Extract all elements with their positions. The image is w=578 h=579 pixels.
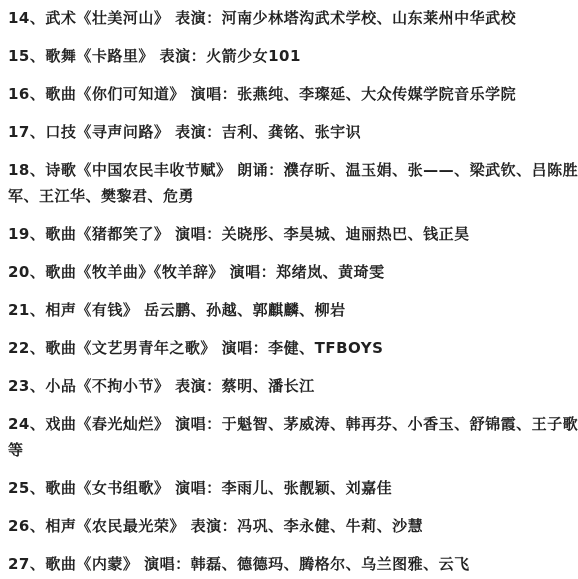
program-item: 16、歌曲《你们可知道》 演唱：张燕纯、李璨延、大众传媒学院音乐学院 — [8, 81, 574, 107]
program-item: 20、歌曲《牧羊曲》《牧羊辞》 演唱：郑绪岚、黄琦雯 — [8, 259, 574, 285]
program-item: 18、诗歌《中国农民丰收节赋》 朗诵：濮存昕、温玉娟、张——、梁武钦、吕陈胜、况… — [8, 157, 574, 209]
program-line: 22、歌曲《文艺男青年之歌》 演唱：李健、TFBOYS — [8, 335, 574, 361]
program-line: 17、口技《寻声问路》 表演：吉利、龚铭、张宇识 — [8, 119, 574, 145]
program-line: 24、戏曲《春光灿烂》 演唱：于魁智、茅威涛、韩再芬、小香玉、舒锦霞、王子歌、孙… — [8, 411, 574, 437]
program-line: 27、歌曲《内蒙》 演唱：韩磊、德德玛、腾格尔、乌兰图雅、云飞 — [8, 551, 574, 577]
program-item: 15、歌舞《卡路里》 表演：火箭少女101 — [8, 43, 574, 69]
program-line: 21、相声《有钱》 岳云鹏、孙越、郭麒麟、柳岩 — [8, 297, 574, 323]
program-line: 军、王江华、樊黎君、危勇 — [8, 183, 574, 209]
program-line: 18、诗歌《中国农民丰收节赋》 朗诵：濮存昕、温玉娟、张——、梁武钦、吕陈胜、况… — [8, 157, 574, 183]
program-line: 15、歌舞《卡路里》 表演：火箭少女101 — [8, 43, 574, 69]
program-line: 等 — [8, 437, 574, 463]
program-list: 14、武术《壮美河山》 表演：河南少林塔沟武术学校、山东莱州中华武校15、歌舞《… — [0, 0, 578, 577]
program-item: 24、戏曲《春光灿烂》 演唱：于魁智、茅威涛、韩再芬、小香玉、舒锦霞、王子歌、孙… — [8, 411, 574, 463]
program-item: 27、歌曲《内蒙》 演唱：韩磊、德德玛、腾格尔、乌兰图雅、云飞 — [8, 551, 574, 577]
program-line: 25、歌曲《女书组歌》 演唱：李雨儿、张靓颖、刘嘉佳 — [8, 475, 574, 501]
program-item: 19、歌曲《猪都笑了》 演唱：关晓彤、李昊城、迪丽热巴、钱正昊 — [8, 221, 574, 247]
program-item: 21、相声《有钱》 岳云鹏、孙越、郭麒麟、柳岩 — [8, 297, 574, 323]
program-item: 17、口技《寻声问路》 表演：吉利、龚铭、张宇识 — [8, 119, 574, 145]
program-item: 25、歌曲《女书组歌》 演唱：李雨儿、张靓颖、刘嘉佳 — [8, 475, 574, 501]
program-item: 26、相声《农民最光荣》 表演：冯巩、李永健、牛莉、沙慧 — [8, 513, 574, 539]
program-line: 20、歌曲《牧羊曲》《牧羊辞》 演唱：郑绪岚、黄琦雯 — [8, 259, 574, 285]
program-item: 14、武术《壮美河山》 表演：河南少林塔沟武术学校、山东莱州中华武校 — [8, 5, 574, 31]
program-line: 19、歌曲《猪都笑了》 演唱：关晓彤、李昊城、迪丽热巴、钱正昊 — [8, 221, 574, 247]
program-line: 23、小品《不拘小节》 表演：蔡明、潘长江 — [8, 373, 574, 399]
program-line: 14、武术《壮美河山》 表演：河南少林塔沟武术学校、山东莱州中华武校 — [8, 5, 574, 31]
program-line: 16、歌曲《你们可知道》 演唱：张燕纯、李璨延、大众传媒学院音乐学院 — [8, 81, 574, 107]
program-line: 26、相声《农民最光荣》 表演：冯巩、李永健、牛莉、沙慧 — [8, 513, 574, 539]
program-item: 22、歌曲《文艺男青年之歌》 演唱：李健、TFBOYS — [8, 335, 574, 361]
program-item: 23、小品《不拘小节》 表演：蔡明、潘长江 — [8, 373, 574, 399]
